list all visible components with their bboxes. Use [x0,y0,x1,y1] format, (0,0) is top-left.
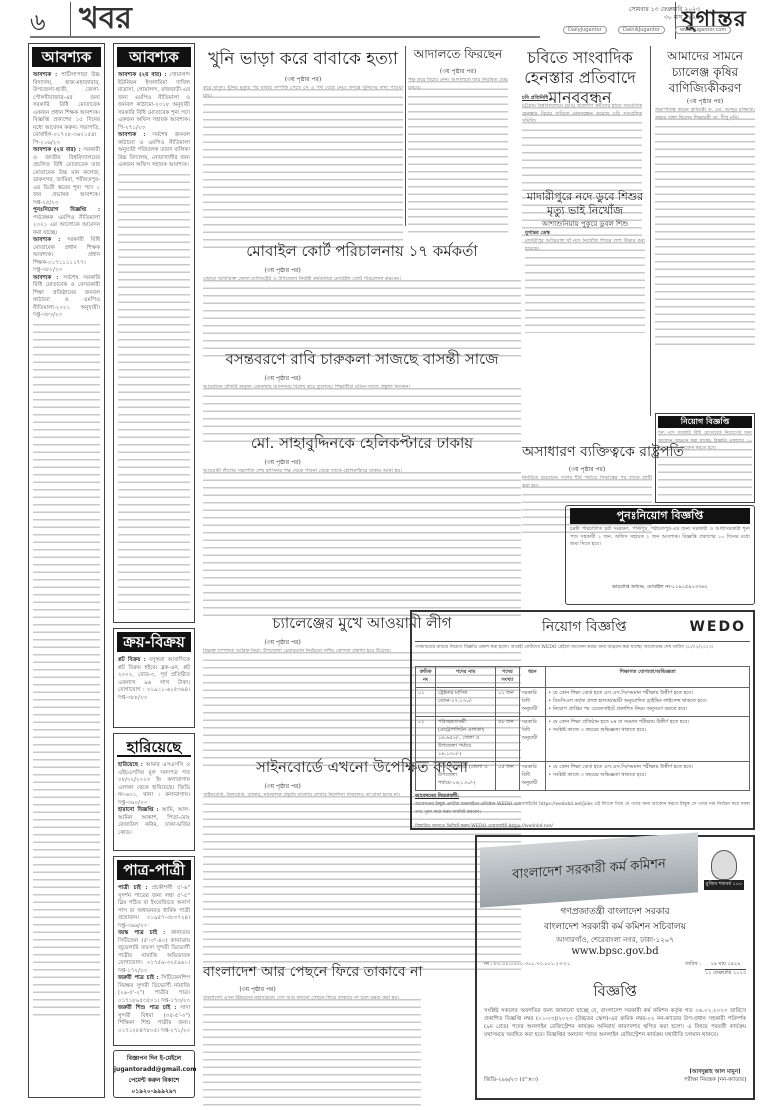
entry-text: আমার এসএসসি ও এইচএসসির মূল সনদপত্র গত ০৮… [118,762,190,806]
headline: বাংলাদেশ আর পেছনে ফিরে তাকাবে না [203,960,421,984]
kroy-bikroy-box: ক্রয়-বিক্রয় প্লট বিক্রয় : বসুন্ধরা আব… [113,628,195,728]
ad-contact-line: বিজ্ঞাপন দিন ই-মেইলে [114,1053,194,1064]
table-row: ০৩ নিরাপত্তা প্রহরী (জেলা ও উপজেলা পর্যা… [416,762,750,791]
ad-body: শূন্য পদে সরকারি বিধি মোতাবেক নিয়োগের জ… [658,430,752,500]
entry-text: সরকারী ও জাতীয় বিশ্ববিদ্যালয়ের প্রচলিত… [33,147,100,206]
continued-label: (৩য় পৃষ্ঠার পর) [522,464,652,475]
section-title: খবর [70,2,132,36]
apply-text: আবেদনের ইচ্ছুক প্রার্থীরা অনলাইনে প্রতিষ… [415,801,750,823]
col-header: শিক্ষাগত যোগ্যতা/অভিজ্ঞতা [546,667,750,688]
article-sahabuddin: মো. সাহাবুদ্দিনকে হেলিকপ্টারে ঢাকায় (৩য… [203,432,521,618]
entry-text: সর্বশেষ সরকারি বিধি মোতাবেক ও বেসরকারী শ… [33,275,100,319]
article-text: পক্ষ করে বিচার নেন। আদালতে তার নিয়মিত ব… [408,77,508,91]
kroy-bikroy-heading: ক্রয়-বিক্রয় [117,632,191,652]
cell: পরিচ্ছন্নতাকর্মী (মেট্রোপলিটন এলাকায় ১৬… [436,717,496,762]
memo-number: নং : ৮০.০০.০০০০.৩০১.৭৩.০০১.২৩-২১ [484,961,570,978]
req-item: যে কোন শিক্ষা প্রতিষ্ঠান হতে ৮ম বা সমমান… [553,719,689,725]
continued-label: (৩য় পৃষ্ঠার পর) [203,265,362,276]
continued-label: (৩য় পৃষ্ঠার পর) [203,637,362,648]
entry-lead: আবশ্যক : [118,132,145,138]
req-item: সংশ্লিষ্ট কাজে ৩ বছরের অভিজ্ঞতা থাকতে হব… [553,727,646,733]
ad-contact-box: বিজ্ঞাপন দিন ই-মেইলে jugantoradd@gmail.c… [113,1050,195,1098]
patro-patri-box: পাত্র-পাত্রী পাত্রী চাই : প্রকৌশলী ৫'-৬"… [113,856,195,1046]
article-body: পক্ষ করে বিচার নেন। আদালতে তার নিয়মিত ব… [408,77,508,237]
req-item: সংশ্লিষ্ট কাজে ৩ বছরের অভিজ্ঞতা থাকতে হব… [553,772,646,778]
article-body: সভাপতিত্ব করেন কৃষিমন্ত্রী ড. মো. আব্দুর… [655,107,755,347]
subheadline: আশাশুনিয়ায় পুকুরে ডুবল শিশু [525,218,645,230]
entry-text: প্রকৌশলী ৫'-৬" সুদর্শন পাত্রের জন্য লম্ব… [118,885,190,929]
classified-list: আবশ্যক (২য় বার) : গোয়ালন্দ ইউনিয়ন ইসল… [114,70,194,618]
article-text: চট্টগ্রাম বিশ্ববিদ্যালয়ে (চবি) ছাত্রলীগ… [522,103,642,124]
date-label: তারিখ : [685,961,701,978]
ad-intro: গণমাধ্যমের মাধ্যমে নিয়োগ বিজ্ঞপ্তি প্রক… [415,644,750,664]
abosshok-heading-2: আবশ্যক [117,47,191,67]
notice-title: বিজ্ঞপ্তি [480,980,750,1005]
entry-text: পাটিলাপাড়া উচ্চ বিদ্যালয়, হাজ-মহাজারার… [33,72,100,146]
badge-text: মুজিব শতবর্ষ ১০০ [704,880,745,890]
req-item: যে কোন শিক্ষা বোর্ড হতে এস.এস.সি/সমমান প… [553,764,693,770]
wedo-ad: নিয়োগ বিজ্ঞপ্তি WEDO গণমাধ্যমের মাধ্যমে… [410,610,755,830]
entry-lead: হারানো বিজ্ঞপ্তি : [118,807,159,813]
address: আগারগাঁও, শেরেবাংলা নগর, ঢাকা-১২০৭ [480,934,750,946]
entry-lead: পুনঃনিয়োগ বিজ্ঞপ্তি : [33,207,100,213]
entry-lead: পাত্রী চাই : [118,885,148,891]
classifieds-column-2: আবশ্যক আবশ্যক (২য় বার) : গোয়ালন্দ ইউনি… [113,43,195,623]
cell: ০১ [416,688,436,717]
continued-label: (৩য় পৃষ্ঠার পর) [203,74,403,85]
entry-lead: জরুরী শিশু পাত্র চাই : [118,1005,176,1011]
portrait-icon [711,850,737,880]
cell: সরকারি বিধি অনুযায়ী [519,688,546,717]
article-body: এছাড়া অতিরিক্ত জেলা ম্যাজিস্ট্রেট ও উপজ… [203,276,521,358]
continued-label: (৩য় পৃষ্ঠার পর) [655,96,755,107]
entry-lead: হারিয়েছে : [118,762,143,768]
entry-text: গোয়ালন্দ ইউনিয়ন ইসলামিয়া দাখিল মাদ্রা… [118,72,190,131]
bpsc-notice: বাংলাদেশ সরকারী কর্ম কমিশন মুজিব শতবর্ষ … [475,835,755,1100]
entry-lead: আবশ্যক : [33,237,60,243]
col-header: পদের সংখ্যা [496,667,519,688]
article-text: নির্বাচিত হয়েছেন। দলের শীর্ষ পর্যায়ে স… [522,475,652,489]
table-row: ০২ পরিচ্ছন্নতাকর্মী (মেট্রোপলিটন এলাকায়… [416,717,750,762]
gov-line: গণপ্রজাতন্ত্রী বাংলাদেশ সরকার [480,904,750,919]
headline: মোবাইল কোর্ট পরিচালনায় ১৭ কর্মকর্তা [203,240,521,265]
req-item: বিডসিএল কর্তৃক প্রদত্ত হালকা/ভারী অনুমোদ… [553,698,707,704]
designation: পরীক্ষা নিয়ন্ত্রক [নন-ক্যাডার] [684,1077,746,1085]
article-text: এছাড়া অতিরিক্ত জেলা ম্যাজিস্ট্রেট ও উপজ… [203,276,401,282]
jobs-table: ক্রমিক নং পদের নাম পদের সংখ্যা ধরন শিক্ষ… [415,666,750,791]
headline: খুনি ভাড়া করে বাবাকে হত্যা [203,46,403,74]
ad-signature: ভারপ্রাপ্ত অধ্যক্ষ, মোবাইল নং-০১৯১৫৯১৩৭৬… [570,584,750,592]
ad-heading: নিয়োগ বিজ্ঞপ্তি [542,615,627,639]
reference: জিডি-২৯৬/২৩ (৫"×৩) [484,1077,538,1085]
continued-label: (৩য় পৃষ্ঠার পর) [203,373,362,384]
ad-heading: পুনঃনিয়োগ বিজ্ঞপ্তি [570,508,750,524]
col-header: পদের নাম [436,667,496,688]
entry-lead: আবশ্যক (২য় বার) : [33,147,81,153]
classified-entry: প্লট বিক্রয় : বসুন্ধরা আবাসিকে প্লট বিক… [114,655,194,704]
apply-footer[interactable]: বিস্তারিত জানতে ভিজিট করুন WEDO ওয়েবসাই… [415,823,750,830]
website-link[interactable]: www.jugantor.com [675,26,731,34]
article-madaripur: মাদারীপুরে নদে ডুবে শিশুর মৃত্যু ভাই নিখ… [525,190,645,333]
website[interactable]: www.bpsc.gov.bd [480,946,750,957]
ad-contact-email[interactable]: jugantoradd@gmail.com [114,1064,194,1075]
cell: ০৩ [416,762,436,791]
punonniyog-ad: পুনঃনিয়োগ বিজ্ঞপ্তি চরষী পরিচালিত চরী স… [565,505,755,605]
req-item: যে কোন শিক্ষা বোর্ড হতে এস.এস.সি/সমমান প… [553,690,693,696]
article-mobile-court: মোবাইল কোর্ট পরিচালনায় ১৭ কর্মকর্তা (৩য… [203,240,521,358]
headline: আদালতে ফিরছেন [408,46,508,66]
article-body: মাদারীপুর আড়িয়াল খাঁ নদে নিখোঁজ শিশুর … [525,238,645,333]
headline: মাদারীপুরে নদে ডুবে শিশুর মৃত্যু ভাই নিখ… [525,190,645,218]
entry-lead: আবশ্যক : [33,72,57,78]
article-body: আওয়ামী লীগের সভাপতি শেখ হাসিনার পক্ষ থে… [203,468,521,618]
byline: যুগান্তর ডেস্ক [525,230,645,238]
entry-text: কানাডার সিটিজেন (৫'-৩"-৪০) কানাডায় জুয়… [118,930,190,974]
cell: • যে কোন শিক্ষা বোর্ড হতে এস.এস.সি/সমমান… [546,762,750,791]
entry-lead: আবশ্যক : [33,275,58,281]
entry-lead: জরুরী পাত্র চাই : [118,975,159,981]
commission-line: বাংলাদেশ সরকারী কর্ম কমিশন সচিবালয় [480,919,750,934]
cell: ০২ [416,717,436,762]
byline: চবি প্রতিনিধি [522,95,642,103]
headline: মো. সাহাবুদ্দিনকে হেলিকপ্টারে ঢাকায় [203,432,521,457]
hariyeche-box: হারিয়েছে হারিয়েছে : আমার এসএসসি ও এইচএ… [113,733,195,851]
headline: অসাধারণ ব্যক্তিত্বকে রাষ্ট্রপতি [522,440,652,464]
patro-patri-heading: পাত্র-পাত্রী [117,860,191,880]
col-header: ধরন [519,667,546,688]
entry-lead: বয়স্ক পাত্র চাই : [118,930,165,936]
continued-label: (৩য় পৃষ্ঠার পর) [203,984,312,995]
signatory: [আবদুল্লাহ আল মামুন] [684,1069,746,1077]
cell: • যে কোন শিক্ষা প্রতিষ্ঠান হতে ৮ম বা সমম… [546,717,750,762]
cell: সরকারি বিধি অনুযায়ী [519,717,546,762]
article-text: সাইনবোর্ড, বিলবোর্ড, ব্যানার, নামফলক প্র… [203,792,400,798]
article-text: আওয়ামী লীগের সভাপতি শেখ হাসিনার পক্ষ থে… [203,468,402,474]
masthead: ৬ খবর সোমবার ১৩ ফেব্রুয়ারি ২০২৩ ৩০ মাঘ … [30,0,740,40]
apply-heading: আবেদনের নিয়মাবলী: [415,793,750,801]
header-rule [30,36,540,38]
article-khuni: খুনি ভাড়া করে বাবাকে হত্যা (৩য় পৃষ্ঠার… [203,46,403,250]
classified-list: আবশ্যক : পাটিলাপাড়া উচ্চ বিদ্যালয়, হাজ… [29,70,104,1090]
ad-contact-phone: ০১৯২০-৯৯৯২৯৭ [114,1086,194,1097]
article-krishi: আমাদের সামনে চ্যালেঞ্জ কৃষির বাণিজ্যিকীক… [655,48,755,347]
cell: ট্রেইনার মাসিক বেতন-১৭,১৩০/- [436,688,496,717]
page-number: ৬ [30,4,46,44]
abosshok-heading: আবশ্যক [32,47,101,67]
cell: ০১ জন [496,688,519,717]
classified-list: পাত্রী চাই : প্রকৌশলী ৫'-৬" সুদর্শন পাত্… [114,883,194,1043]
column-divider [405,46,406,226]
column-divider [650,46,651,416]
cell: সরকারি বিধি অনুযায়ী [519,762,546,791]
notice-body: সংশ্লিষ্ট সকলের অবগতির জন্য জানানো যাচ্ছ… [480,1007,750,1059]
entry-text: পর্যবেক্ষক এমপিও নীতিমালা ২০২১ এর আলোকে … [33,215,100,236]
col-header: ক্রমিক নং [416,667,436,688]
text-filler [33,320,100,1020]
cell: • যে কোন শিক্ষা বোর্ড হতে এস.এস.সি/সমমান… [546,688,750,717]
bpsc-banner-image: বাংলাদেশ সরকারী কর্ম কমিশন [480,832,698,907]
article-text: আয়োজন প্রতিটি অনুষদ এককথায় আনন্দময় বি… [203,384,410,390]
cell: নিরাপত্তা প্রহরী (জেলা ও উপজেলা পর্যায়ে… [436,762,496,791]
headline: বসন্তবরণে রাবি চারুকলা সাজছে বাসন্তী সাজ… [203,348,521,373]
article-text: বিভক্ত সম্পাদক আরিফ মিয়া। উপজেলা চেয়ার… [203,648,391,654]
article-text: বাংলাদেশ এখন উন্নয়নের মহাসড়কে। দেশ আর … [203,995,399,1001]
mujib-100-badge: মুজিব শতবর্ষ ১০০ [698,840,750,900]
ad-contact-line: পেমেন্ট করুন বিকাশে [114,1075,194,1086]
continued-label: (৩য় পৃষ্ঠার পর) [203,781,362,792]
article-text: করে মাসুদ। খুনির মৃত্যুর পর বাবার সম্পত্… [203,85,403,99]
article-text: মাদারীপুর আড়িয়াল খাঁ নদে নিখোঁজ শিশুর … [525,238,645,252]
hariyeche-heading: হারিয়েছে [117,737,191,757]
entry-lead: আবশ্যক (২য় বার) : [118,72,167,78]
twitter-handle[interactable]: DailyJugantor [563,26,607,34]
article-adalote: আদালতে ফিরছেন (৩য় পৃষ্ঠার পর) পক্ষ করে … [408,46,508,237]
text-filler [118,170,190,610]
cell: ৫৮ জন [496,717,519,762]
facebook-handle[interactable]: DainikJugantor [618,26,665,34]
article-pichone: বাংলাদেশ আর পেছনে ফিরে তাকাবে না (৩য় পৃ… [203,960,421,1110]
ad-heading: নিয়োগ বিজ্ঞপ্তি [658,416,752,428]
continued-label: (৩য় পৃষ্ঠার পর) [203,457,362,468]
req-item: নিয়োগ প্রাপ্তির পর ওয়েবসাইটে প্রকাশিত … [553,706,688,712]
date-english: ১২ ফেব্রুয়ারি ২০২৩ [705,970,746,978]
article-body: করে মাসুদ। খুনির মৃত্যুর পর বাবার সম্পত্… [203,85,403,250]
classifieds-column-1: আবশ্যক আবশ্যক : পাটিলাপাড়া উচ্চ বিদ্যাল… [28,43,105,1098]
article-body: বাংলাদেশ এখন উন্নয়নের মহাসড়কে। দেশ আর … [203,995,421,1110]
cell: ০৫ জন [496,762,519,791]
entry-lead: প্লট বিক্রয় : [118,657,146,663]
classified-list: হারিয়েছে : আমার এসএসসি ও এইচএসসির মূল স… [114,760,194,850]
wedo-logo: WEDO [689,619,746,635]
continued-label: (৩য় পৃষ্ঠার পর) [408,66,508,77]
headline: আমাদের সামনে চ্যালেঞ্জ কৃষির বাণিজ্যিকীক… [655,48,755,96]
entry-text: বসুন্ধরা আবাসিকে প্লট বিক্রয় হইবে। ব্লক… [118,657,190,701]
date-bangla: ২৯ মাঘ ১৪২৯ [705,961,746,970]
ad-body: চরষী পরিচালিত চরী সংরক্ষণ, পল্টিপুর, শরী… [570,526,750,584]
article-text: সভাপতিত্ব করেন কৃষিমন্ত্রী ড. মো. আব্দুর… [655,107,755,121]
table-row: ০১ ট্রেইনার মাসিক বেতন-১৭,১৩০/- ০১ জন সর… [416,688,750,717]
